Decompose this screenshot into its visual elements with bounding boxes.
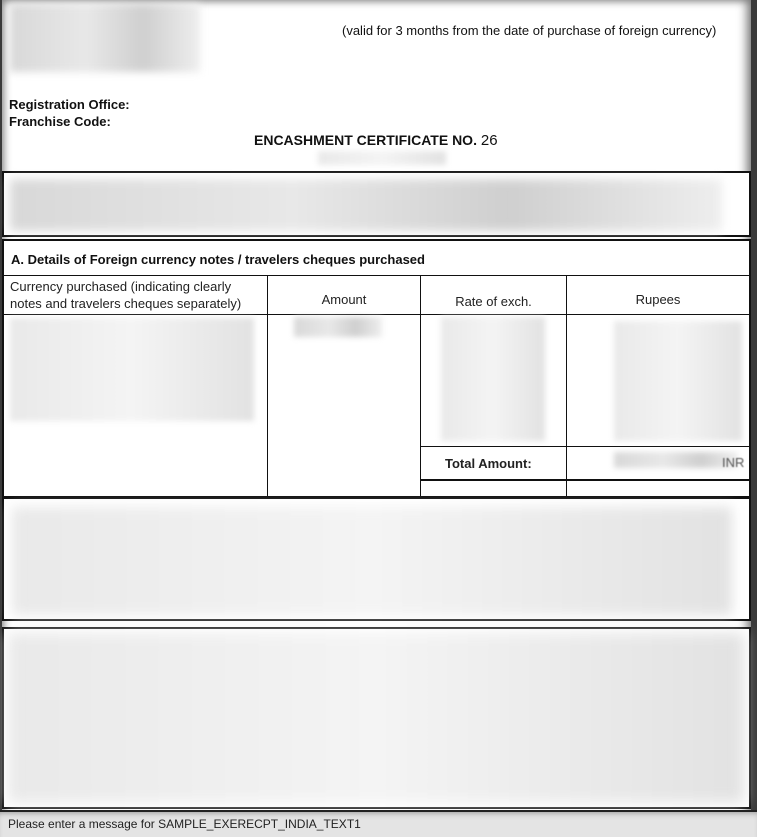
footer-declaration-box bbox=[2, 627, 751, 809]
total-amount-label: Total Amount: bbox=[445, 456, 532, 471]
franchise-code-label: Franchise Code: bbox=[9, 114, 111, 129]
redacted-rate bbox=[441, 317, 545, 441]
status-bar: Please enter a message for SAMPLE_EXEREC… bbox=[0, 810, 757, 837]
section-a-title: A. Details of Foreign currency notes / t… bbox=[11, 252, 425, 267]
redacted-currency bbox=[10, 318, 254, 421]
redacted-logo bbox=[10, 4, 200, 72]
status-message: Please enter a message for SAMPLE_EXEREC… bbox=[8, 817, 361, 831]
redacted-customer-details bbox=[10, 179, 722, 231]
redacted-section-b bbox=[12, 507, 732, 615]
column-header-currency: Currency purchased (indicating clearly n… bbox=[10, 278, 241, 312]
redacted-amount bbox=[294, 317, 382, 337]
redacted-declaration bbox=[8, 633, 744, 803]
registration-office-label: Registration Office: bbox=[9, 97, 130, 112]
redacted-date bbox=[318, 151, 446, 165]
total-currency-suffix: INR bbox=[722, 455, 744, 470]
section-a-table: A. Details of Foreign currency notes / t… bbox=[2, 239, 751, 498]
validity-note: (valid for 3 months from the date of pur… bbox=[342, 23, 747, 38]
customer-details-box bbox=[2, 171, 751, 237]
certificate-heading: ENCASHMENT CERTIFICATE NO. 26 bbox=[254, 132, 498, 149]
certificate-number: 26 bbox=[481, 132, 498, 149]
column-header-rupees: Rupees bbox=[567, 292, 749, 307]
document-page: (valid for 3 months from the date of pur… bbox=[2, 0, 751, 837]
column-header-rate: Rate of exch. bbox=[421, 294, 566, 309]
section-b-box bbox=[2, 497, 751, 621]
redacted-total-amount bbox=[614, 452, 738, 468]
column-header-amount: Amount bbox=[268, 292, 420, 307]
certificate-title: ENCASHMENT CERTIFICATE NO. bbox=[254, 132, 477, 148]
redacted-rupees bbox=[614, 321, 742, 441]
